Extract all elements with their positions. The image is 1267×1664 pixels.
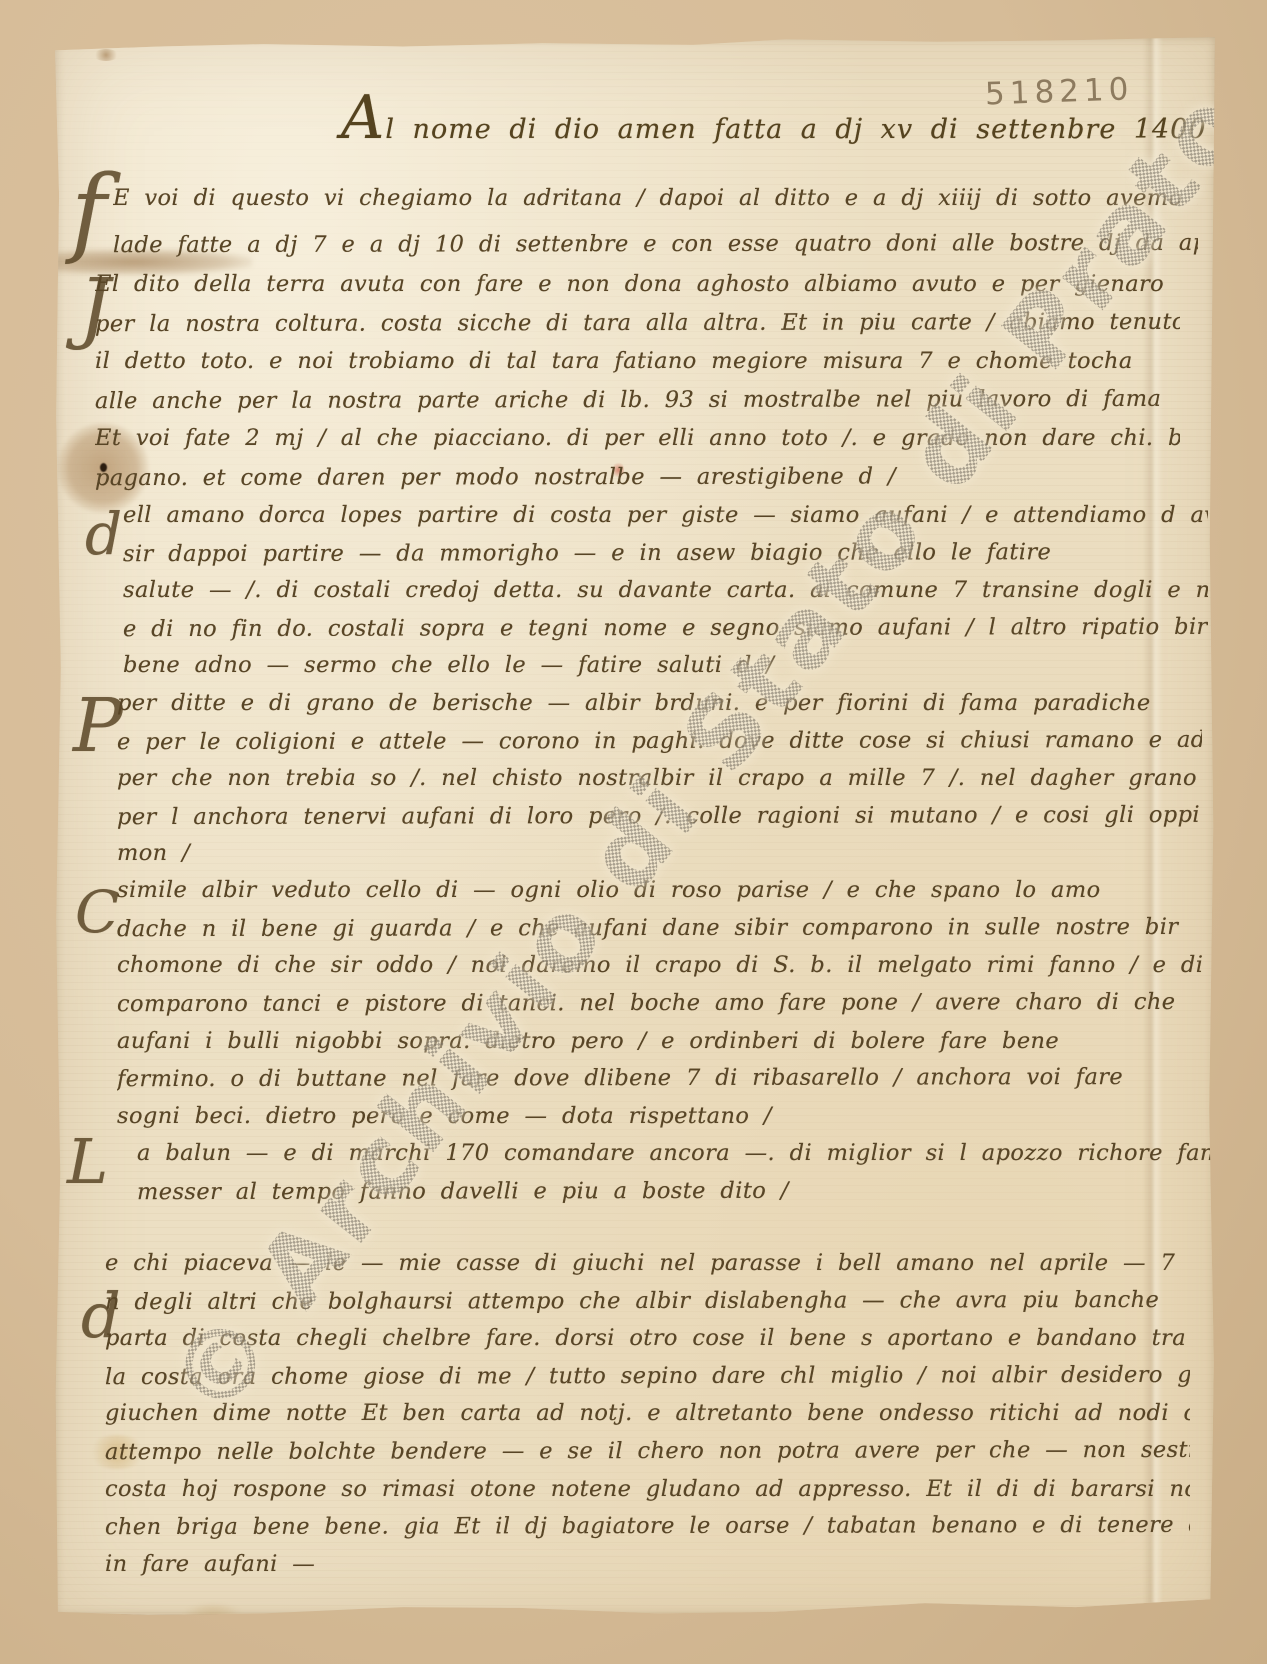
heading-invocation-date: Al nome di dio amen fatta a dj xv di set… xyxy=(341,103,1244,145)
manuscript-line: n degli altri che bolghaursi attempo che… xyxy=(105,1281,1190,1321)
manuscript-line: comparono tanci e pistore di tanci. nel … xyxy=(117,984,1202,1024)
margin-mark: f xyxy=(71,163,107,259)
manuscript-paper: 518210 Al nome di dio amen fatta a dj xv… xyxy=(55,37,1215,1615)
manuscript-line: mon / xyxy=(117,835,1202,873)
paragraph-block: e chi piaceva — le — mie casse di giuchi… xyxy=(105,1245,1190,1583)
manuscript-line: El dito della terra avuta con fare e non… xyxy=(95,265,1180,304)
manuscript-line: lade fatte a dj 7 e a dj 10 di settenbre… xyxy=(113,220,1198,268)
manuscript-line: sir dappoi partire — da mmorigho — e in … xyxy=(123,533,1208,573)
margin-mark: d xyxy=(85,505,122,563)
manuscript-line: per l anchora tenervi aufani di loro per… xyxy=(117,796,1202,836)
manuscript-line: bene adno — sermo che ello le — fatire s… xyxy=(123,647,1208,685)
manuscript-line: pagano. et come daren per modo nostralbe… xyxy=(95,456,1180,497)
manuscript-line: il detto toto. e noi trobiamo di tal tar… xyxy=(95,342,1180,381)
photo-background: { "document": { "type": "manuscript-lett… xyxy=(0,0,1267,1664)
manuscript-line: E voi di questo vi chegiamo la adritana … xyxy=(113,175,1198,221)
manuscript-line: e chi piaceva — le — mie casse di giuchi… xyxy=(105,1245,1190,1283)
manuscript-line: in fare aufani — xyxy=(105,1546,1190,1584)
manuscript-line: e per le coligioni e attele — corono in … xyxy=(117,721,1202,761)
paper-stain xyxy=(173,1605,253,1645)
manuscript-line: chen briga bene bene. gia Et il dj bagia… xyxy=(105,1507,1190,1547)
manuscript-line: simile albir veduto cello di — ogni olio… xyxy=(117,872,1202,910)
manuscript-line: alle anche per la nostra parte ariche di… xyxy=(95,379,1180,420)
manuscript-line: ell amano dorca lopes partire di costa p… xyxy=(123,497,1208,535)
margin-mark: L xyxy=(67,1131,108,1193)
manuscript-line: dache n il bene gi guarda / e che aufani… xyxy=(117,909,1202,949)
paragraph-block: a balun — e di marchi 170 comandare anco… xyxy=(137,1135,1222,1210)
paper-stain xyxy=(93,49,119,61)
manuscript-line: sogni beci. dietro pero e come — dota ri… xyxy=(117,1098,1202,1136)
manuscript-line: salute — /. di costali credoj detta. su … xyxy=(123,572,1208,610)
manuscript-line: giuchen dime notte Et ben carta ad notj.… xyxy=(105,1395,1190,1433)
manuscript-line: costa hoj rospone so rimasi otone notene… xyxy=(105,1471,1190,1509)
manuscript-line: parta di costa chegli chelbre fare. dors… xyxy=(105,1320,1190,1358)
manuscript-line: e di no fin do. costali sopra e tegni no… xyxy=(123,608,1208,648)
manuscript-line: aufani i bulli nigobbi sopra. dietro per… xyxy=(117,1023,1202,1061)
manuscript-line: per ditte e di grano de berische — albir… xyxy=(117,685,1202,723)
manuscript-line: la costa ora chome giose di me / tutto s… xyxy=(105,1357,1190,1397)
paragraph-block: ell amano dorca lopes partire di costa p… xyxy=(123,497,1208,685)
paragraph-block: E voi di questo vi chegiamo la adritana … xyxy=(113,175,1198,267)
manuscript-line: messer al tempo fanno davelli e piu a bo… xyxy=(137,1171,1222,1211)
paragraph-block: per ditte e di grano de berische — albir… xyxy=(117,685,1202,873)
manuscript-line: per la nostra coltura. costa sicche di t… xyxy=(95,302,1180,343)
paragraph-block: simile albir veduto cello di — ogni olio… xyxy=(117,872,1202,1136)
manuscript-line: fermino. o di buttane nel fare dove dlib… xyxy=(117,1059,1202,1099)
manuscript-line: a balun — e di marchi 170 comandare anco… xyxy=(137,1135,1222,1173)
manuscript-line: attempo nelle bolchte bendere — e se il … xyxy=(105,1432,1190,1472)
margin-mark: P xyxy=(73,689,123,763)
manuscript-line: chomone di che sir oddo / noi daremo il … xyxy=(117,947,1202,985)
margin-mark: C xyxy=(75,883,119,941)
paragraph-block: El dito della terra avuta con fare e non… xyxy=(95,265,1180,496)
manuscript-line: per che non trebia so /. nel chisto nost… xyxy=(117,760,1202,798)
manuscript-line: Et voi fate 2 mj / al che piacciano. di … xyxy=(95,419,1180,458)
